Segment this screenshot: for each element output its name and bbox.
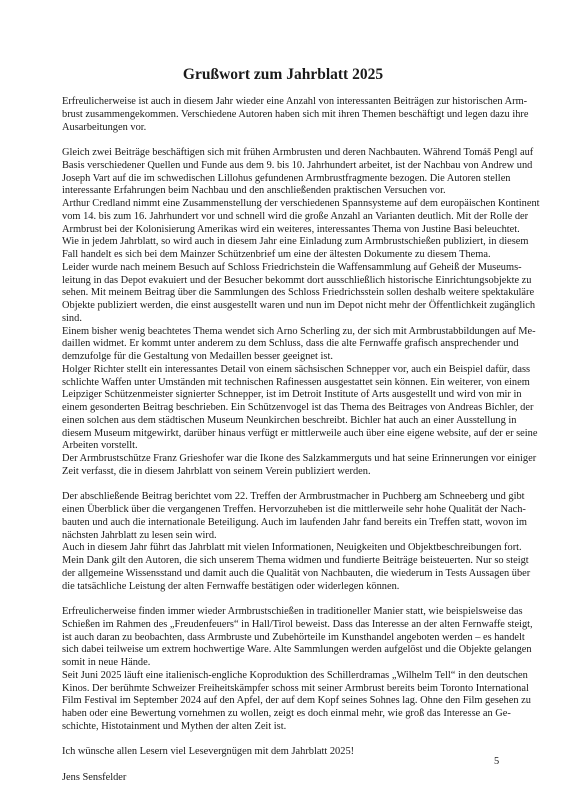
text-line: Ausarbeitungen vor. <box>62 122 508 135</box>
text-line: somit in neue Hände. <box>62 657 508 670</box>
text-line: Arthur Credland nimmt eine Zusammenstell… <box>62 198 508 211</box>
text-line: nächsten Jahrblatt zu lesen sein wird. <box>62 530 508 543</box>
text-line: Kinos. Der berühmte Schweizer Freiheitsk… <box>62 683 508 696</box>
text-line: Erfreulicherweise finden immer wieder Ar… <box>62 606 508 619</box>
text-line: Armbrust bei der Kolonisierung Amerikas … <box>62 224 508 237</box>
text-line: Ich wünsche allen Lesern viel Lesevergnü… <box>62 746 508 759</box>
paragraph: Seit Juni 2025 läuft eine italienisch-en… <box>62 670 508 734</box>
text-line: Fall handelt es sich bei dem Mainzer Sch… <box>62 249 508 262</box>
text-line: Auch in diesem Jahr führt das Jahrblatt … <box>62 542 508 555</box>
text-line: einem gesonderten Beitrag beschrieben. E… <box>62 402 508 415</box>
paragraph: Holger Richter stellt ein interessantes … <box>62 364 508 453</box>
text-line: schlichte Waffen unter Umständen mit tec… <box>62 377 508 390</box>
text-line: demzufolge für die Gestaltung von Medail… <box>62 351 508 364</box>
text-line: sich dabei teilweise um extrem hochwerti… <box>62 644 508 657</box>
text-line: Erfreulicherweise ist auch in diesem Jah… <box>62 96 508 109</box>
text-line: Seit Juni 2025 läuft eine italienisch-en… <box>62 670 508 683</box>
text-line: Jens Sensfelder <box>62 772 508 785</box>
text-line: Einem bisher wenig beachtetes Thema wend… <box>62 326 508 339</box>
text-line: Holger Richter stellt ein interessantes … <box>62 364 508 377</box>
paragraph: Ich wünsche allen Lesern viel Lesevergnü… <box>62 746 508 759</box>
paragraph: Jens Sensfelder <box>62 772 508 785</box>
page-title: Grußwort zum Jahrblatt 2025 <box>0 66 566 84</box>
paragraph: Erfreulicherweise finden immer wieder Ar… <box>62 606 508 670</box>
paragraph: Einem bisher wenig beachtetes Thema wend… <box>62 326 508 364</box>
text-line: schichte, Histotainment und Mythen der a… <box>62 721 508 734</box>
text-line: Wie in jedem Jahrblatt, so wird auch in … <box>62 236 508 249</box>
document-body: Erfreulicherweise ist auch in diesem Jah… <box>62 96 508 785</box>
text-line: Leider wurde nach meinem Besuch auf Schl… <box>62 262 508 275</box>
text-line: Objekte publiziert werden, die einst aus… <box>62 300 508 313</box>
text-line: interessante Erfahrungen beim Nachbau un… <box>62 185 508 198</box>
text-line: daillen widmet. Er kommt unter anderem z… <box>62 338 508 351</box>
paragraph: Gleich zwei Beiträge beschäftigen sich m… <box>62 147 508 198</box>
text-line: Mein Dank gilt den Autoren, die sich uns… <box>62 555 508 568</box>
paragraph: Erfreulicherweise ist auch in diesem Jah… <box>62 96 508 134</box>
paragraph: Der abschließende Beitrag berichtet vom … <box>62 491 508 542</box>
text-line: Der Armbrustschütze Franz Grieshofer war… <box>62 453 508 466</box>
text-line: Gleich zwei Beiträge beschäftigen sich m… <box>62 147 508 160</box>
text-line: einen solchen aus dem städtischen Museum… <box>62 415 508 428</box>
page-number: 5 <box>494 756 499 767</box>
text-line: ist auch daran zu beobachten, dass Armbr… <box>62 632 508 645</box>
text-line: brust zusammengekommen. Verschiedene Aut… <box>62 109 508 122</box>
text-line: haben oder eine Bewertung vornehmen zu w… <box>62 708 508 721</box>
paragraph: Der Armbrustschütze Franz Grieshofer war… <box>62 453 508 479</box>
text-line: Zeit verfasst, die in diesem Jahrblatt v… <box>62 466 508 479</box>
text-line: die tatsächliche Leistung der alten Fern… <box>62 581 508 594</box>
paragraph: Leider wurde nach meinem Besuch auf Schl… <box>62 262 508 326</box>
text-line: Film Festival im September 2024 auf den … <box>62 695 508 708</box>
text-line: Joseph Vart auf die im schwedischen Lill… <box>62 173 508 186</box>
text-line: Der abschließende Beitrag berichtet vom … <box>62 491 508 504</box>
text-line: Basis verschiedener Quellen und Funde au… <box>62 160 508 173</box>
text-line: bauten und auch die internationale Betei… <box>62 517 508 530</box>
text-line: Arbeiten vorstellt. <box>62 440 508 453</box>
text-line: einen Überblick über die vergangenen Tre… <box>62 504 508 517</box>
text-line: vom 14. bis zum 16. Jahrhundert vor und … <box>62 211 508 224</box>
paragraph: Auch in diesem Jahr führt das Jahrblatt … <box>62 542 508 593</box>
text-line: leitung in das Depot evakuiert und der B… <box>62 275 508 288</box>
text-line: diesem Museum mitgewirkt, darüber hinaus… <box>62 428 508 441</box>
paragraph: Arthur Credland nimmt eine Zusammenstell… <box>62 198 508 262</box>
text-line: der allgemeine Wissensstand und damit au… <box>62 568 508 581</box>
text-line: Leipziger Schützenmeister signierter Sch… <box>62 389 508 402</box>
text-line: Schießen im Rahmen des „Freudenfeuers“ i… <box>62 619 508 632</box>
text-line: sehen. Mit meinem Beitrag über die Samml… <box>62 287 508 300</box>
text-line: sind. <box>62 313 508 326</box>
